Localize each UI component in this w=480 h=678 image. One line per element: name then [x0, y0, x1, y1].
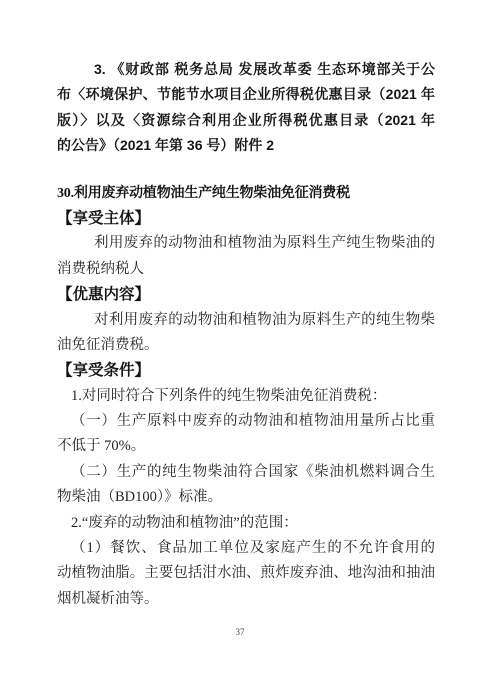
citation-paragraph: 3. 《财政部 税务总局 发展改革委 生态环境部关于公布〈环境保护、节能节水项目…: [57, 57, 435, 159]
text-line: 烟机凝析油等。: [57, 587, 435, 612]
label-beneficiary: 【享受主体】: [57, 206, 435, 231]
text-line: （二）生产的纯生物柴油符合国家《柴油机燃料调合生: [57, 460, 435, 485]
text-line: 3. 《财政部 税务总局 发展改革委 生态环境部关于公: [57, 57, 435, 82]
paragraph-benefit-content: 对利用废弃的动物油和植物油为原料生产的纯生物柴油免征消费税。: [57, 308, 435, 359]
document-content: 3. 《财政部 税务总局 发展改革委 生态环境部关于公布〈环境保护、节能节水项目…: [57, 57, 435, 612]
text-line: 的公告》（2021 年第 36 号）附件 2: [57, 133, 435, 158]
text-line: 不低于 70%。: [57, 434, 435, 459]
label-benefit-content: 【优惠内容】: [57, 282, 435, 307]
page-number: 37: [0, 627, 480, 637]
condition-item-1-2: （二）生产的纯生物柴油符合国家《柴油机燃料调合生物柴油（BD100）》标准。: [57, 460, 435, 511]
text-line: 【优惠内容】: [57, 282, 435, 307]
text-line: 30.利用废弃动植物油生产纯生物柴油免征消费税: [57, 181, 435, 206]
text-line: 利用废弃的动物油和植物油为原料生产纯生物柴油的: [57, 231, 435, 256]
text-line: （一）生产原料中废弃的动物油和植物油用量所占比重: [57, 409, 435, 434]
text-line: 消费税纳税人: [57, 257, 435, 282]
section-title: 30.利用废弃动植物油生产纯生物柴油免征消费税: [57, 181, 435, 206]
text-line: 1.对同时符合下列条件的纯生物柴油免征消费税：: [57, 384, 435, 409]
text-line: 【享受条件】: [57, 358, 435, 383]
text-line: 【享受主体】: [57, 206, 435, 231]
condition-item-2-1: （1）餐饮、食品加工单位及家庭产生的不允许食用的动植物油脂。主要包括泔水油、煎炸…: [57, 536, 435, 612]
text-line: 动植物油脂。主要包括泔水油、煎炸废弃油、地沟油和抽油: [57, 561, 435, 586]
label-conditions: 【享受条件】: [57, 358, 435, 383]
text-line: 物柴油（BD100）》标准。: [57, 485, 435, 510]
condition-item-1: 1.对同时符合下列条件的纯生物柴油免征消费税：: [57, 384, 435, 409]
condition-item-1-1: （一）生产原料中废弃的动物油和植物油用量所占比重不低于 70%。: [57, 409, 435, 460]
text-line: 2.“废弃的动物油和植物油”的范围：: [57, 511, 435, 536]
text-line: 油免征消费税。: [57, 333, 435, 358]
condition-item-2: 2.“废弃的动物油和植物油”的范围：: [57, 511, 435, 536]
text-line: 版）〉以及〈资源综合利用企业所得税优惠目录（2021 年版）〉: [57, 108, 435, 133]
document-page: 3. 《财政部 税务总局 发展改革委 生态环境部关于公布〈环境保护、节能节水项目…: [0, 0, 480, 678]
text-line: （1）餐饮、食品加工单位及家庭产生的不允许食用的: [57, 536, 435, 561]
text-line: 对利用废弃的动物油和植物油为原料生产的纯生物柴: [57, 308, 435, 333]
paragraph-beneficiary: 利用废弃的动物油和植物油为原料生产纯生物柴油的消费税纳税人: [57, 231, 435, 282]
text-line: 布〈环境保护、节能节水项目企业所得税优惠目录（2021 年: [57, 82, 435, 107]
